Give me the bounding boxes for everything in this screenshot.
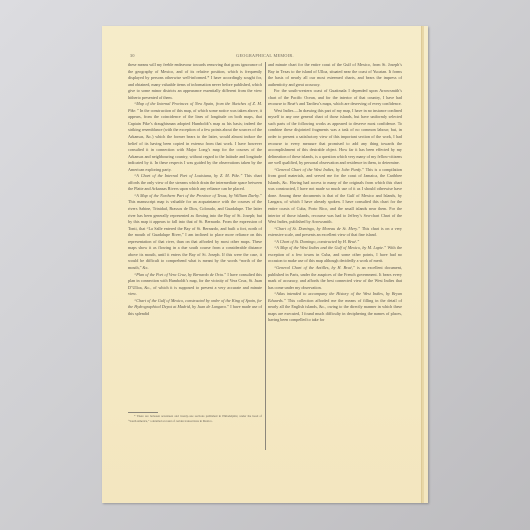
- entry-title: “A Chart of the Internal Part of Louisia…: [134, 173, 242, 178]
- entry-title: “General Chart of the West Indies, by Jo…: [274, 167, 364, 172]
- right-column: and minute chart for the entire coast of…: [268, 62, 402, 324]
- column-divider: [265, 62, 266, 450]
- footnote: * There are between seventeen and twenty…: [128, 414, 262, 423]
- entry-title: “A Chart of St. Domingo, constructed by …: [274, 239, 359, 244]
- paragraph: “A Map of the West Indies and the Gulf o…: [268, 245, 402, 265]
- paragraph: “Atlas intended to accompany the History…: [268, 291, 402, 324]
- paragraph-text: For the south-western coast of Guatimala…: [268, 88, 402, 106]
- paragraph: “Map of the Internal Provinces of New Sp…: [128, 101, 262, 173]
- paragraph: For the south-western coast of Guatimala…: [268, 88, 402, 108]
- paragraph: “Plan of the Port of Vera Cruz, by Berna…: [128, 272, 262, 298]
- paragraph-text: This collection afforded me the means of…: [268, 298, 402, 323]
- paragraph: “General Chart of the Antilles, by H. Br…: [268, 265, 402, 291]
- paragraph: and minute chart for the entire coast of…: [268, 62, 402, 88]
- paragraph: “General Chart of the West Indies, by Jo…: [268, 167, 402, 226]
- entry-title: “General Chart of the Antilles, by H. Br…: [274, 265, 355, 270]
- paragraph-text: these means will my feeble endeavour tow…: [128, 62, 262, 100]
- paragraph-text: This is a compilation from good material…: [268, 167, 402, 224]
- paragraph-text: and minute chart for the entire coast of…: [268, 62, 402, 87]
- paragraph: “A Map of the Northern Part of the Provi…: [128, 193, 262, 272]
- paragraph: “A Chart of the Internal Part of Louisia…: [128, 173, 262, 193]
- entry-title: “A Map of the West Indies and the Gulf o…: [274, 245, 386, 250]
- entry-title: “A Map of the Northern Part of the Provi…: [134, 193, 262, 198]
- running-head-title: GEOGRAPHICAL MEMOIR.: [128, 53, 402, 58]
- paragraph: “Chart of the Gulf of Mexico, constructe…: [128, 298, 262, 318]
- entry-title: “Chart of St. Domingo, by Moreau de St. …: [274, 226, 360, 231]
- document-page: 30 GEOGRAPHICAL MEMOIR. these means will…: [102, 26, 428, 503]
- paragraph-text: In the construction of this map, of whic…: [128, 108, 262, 172]
- paragraph-text: This manuscript map is valuable for an a…: [128, 199, 262, 269]
- paragraph: West Indies.—In drawing this part of my …: [268, 108, 402, 167]
- entry-title: “Plan of the Port of Vera Cruz, by Berna…: [134, 272, 226, 277]
- running-head: 30 GEOGRAPHICAL MEMOIR.: [128, 53, 402, 61]
- paragraph-text: West Indies.—In drawing this part of my …: [268, 108, 402, 165]
- paragraph: these means will my feeble endeavour tow…: [128, 62, 262, 101]
- left-column: these means will my feeble endeavour tow…: [128, 62, 262, 317]
- paragraph: “Chart of St. Domingo, by Moreau de St. …: [268, 226, 402, 239]
- footnote-rule: [128, 412, 158, 413]
